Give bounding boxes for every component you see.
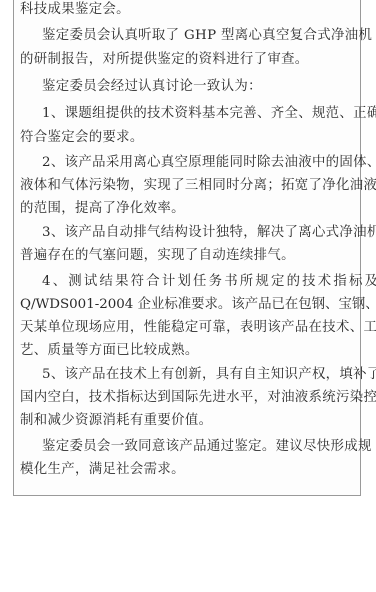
- text-line: 的研制报告，对所提供鉴定的资料进行了审查。: [20, 52, 358, 68]
- text-line: 制和减少资源消耗有重要价值。: [20, 413, 358, 429]
- text-line: 鉴定委员会一致同意该产品通过鉴定。建议尽快形成规: [42, 439, 358, 455]
- text-line: 3、该产品自动排气结构设计独特，解决了离心式净油机: [42, 225, 358, 241]
- text-line: 5、该产品在技术上有创新，具有自主知识产权，填补了: [42, 367, 358, 383]
- text-line: 天某单位现场应用，性能稳定可靠，表明该产品在技术、工: [20, 320, 358, 336]
- text-line: 鉴定委员会认真听取了 GHP 型离心真空复合式净油机: [42, 28, 358, 44]
- text-line: Q/WDS001-2004 企业标准要求。该产品已在包钢、宝钢、航: [20, 297, 358, 313]
- text-line: 2、该产品采用离心真空原理能同时除去油液中的固体、: [42, 155, 358, 171]
- text-line: 1、课题组提供的技术资料基本完善、齐全、规范、正确，: [42, 106, 358, 122]
- text-line: 符合鉴定会的要求。: [20, 130, 358, 146]
- text-line: 鉴定委员会经过认真讨论一致认为：: [42, 79, 358, 95]
- text-line: 4、测试结果符合计划任务书所规定的技术指标及: [42, 274, 358, 290]
- text-line: 液体和气体污染物，实现了三相同时分离；拓宽了净化油液: [20, 178, 358, 194]
- text-line: 的范围，提高了净化效率。: [20, 201, 358, 217]
- text-line: 艺、质量等方面已比较成熟。: [20, 343, 358, 359]
- text-line: 科技成果鉴定会。: [20, 2, 358, 18]
- text-line: 普遍存在的气塞问题，实现了自动连续排气。: [20, 248, 358, 264]
- text-line: 模化生产，满足社会需求。: [20, 462, 358, 478]
- text-line: 国内空白，技术指标达到国际先进水平，对油液系统污染控: [20, 390, 358, 406]
